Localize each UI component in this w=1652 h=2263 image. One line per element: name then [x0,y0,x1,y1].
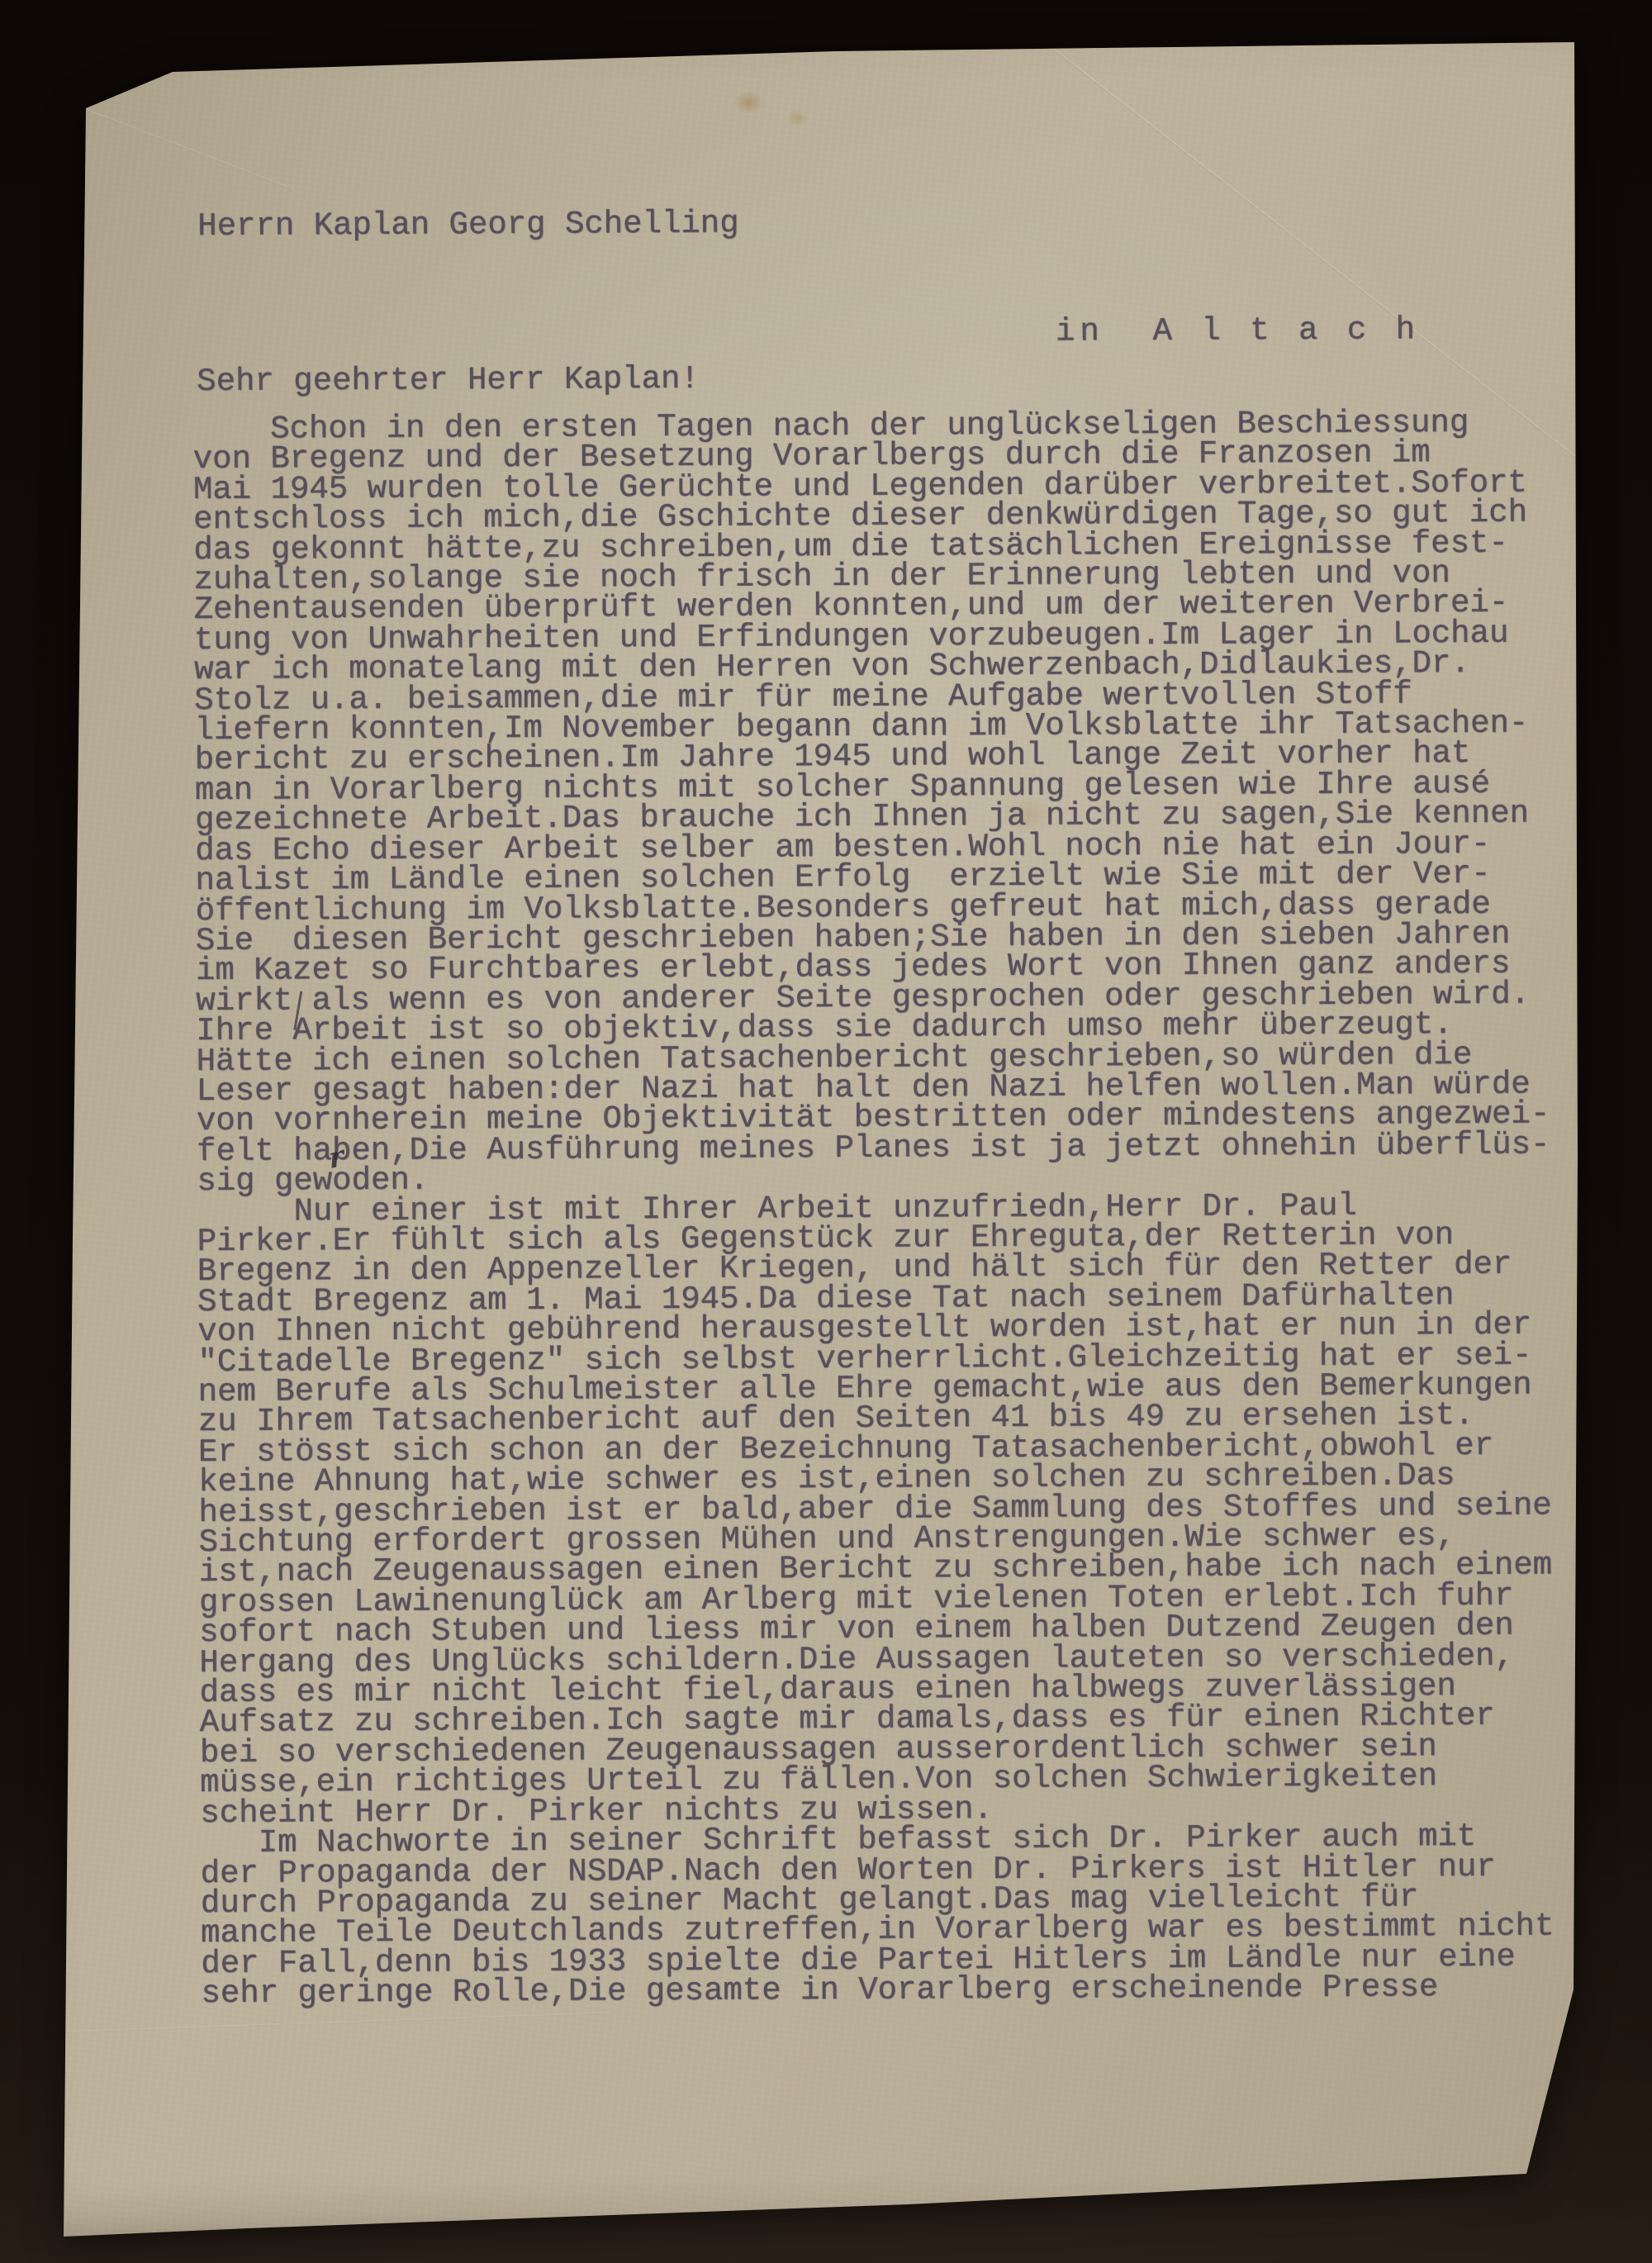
letter-photo: Herrn Kaplan Georg Schelling in A l t a … [0,0,1652,2263]
salutation-line: Sehr geehrter Herr Kaplan! [197,363,700,398]
letter-paper: Herrn Kaplan Georg Schelling in A l t a … [0,0,1652,2263]
letter-content: Herrn Kaplan Georg Schelling in A l t a … [0,0,1652,2263]
recipient-line: Herrn Kaplan Georg Schelling [197,207,739,243]
paper-shadow-wrap: Herrn Kaplan Georg Schelling in A l t a … [0,0,1652,2263]
location-line: in A l t a c h [1056,313,1420,348]
letter-body-text: Schon in den ersten Tagen nach der unglü… [192,407,1554,2009]
